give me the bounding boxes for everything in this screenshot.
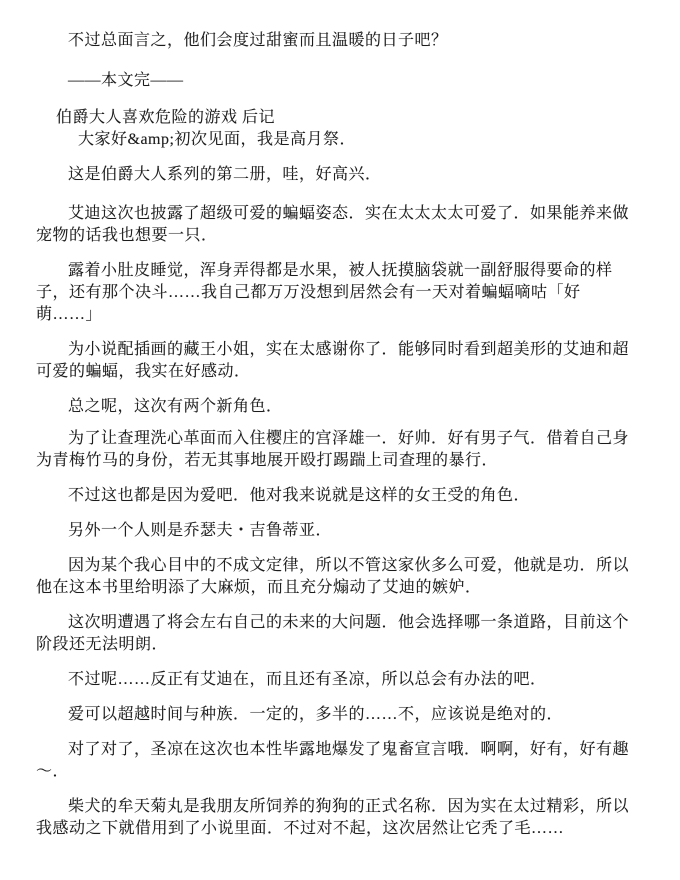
text-line: 柴犬的牟天菊丸是我朋友所饲养的狗狗的正式名称．因为实在太过精彩，所以 bbox=[36, 796, 646, 818]
paragraph: 为小说配插画的藏王小姐，实在太感谢你了．能够同时看到超美形的艾迪和超 可爱的蝙蝠… bbox=[36, 339, 646, 383]
text-line: 他在这本书里给明添了大麻烦，而且充分煽动了艾迪的嫉妒． bbox=[36, 577, 646, 599]
text-line: 可爱的蝙蝠，我实在好感动． bbox=[36, 361, 646, 383]
paragraph: 为了让查理洗心革面而入住樱庄的宫泽雄一．好帅．好有男子气．借着自己身 为青梅竹马… bbox=[36, 428, 646, 472]
paragraph: 艾迪这次也披露了超级可爱的蝙蝠姿态．实在太太太太可爱了．如果能养来做 宠物的话我… bbox=[36, 203, 646, 247]
text-line: 对了对了，圣凉在这次也本性毕露地爆发了鬼畜宣言哦．啊啊，好有，好有趣 bbox=[36, 739, 646, 761]
text-line: 萌……」 bbox=[36, 304, 646, 326]
paragraph: 因为某个我心目中的不成文定律，所以不管这家伙多么可爱，他就是功．所以 他在这本书… bbox=[36, 555, 646, 599]
text-line: ——本文完—— bbox=[36, 70, 646, 92]
paragraph: 不过总面言之，他们会度过甜蜜而且温暖的日子吧？ bbox=[36, 30, 646, 52]
afterword-heading: 伯爵大人喜欢危险的游戏 后记 大家好&amp;初次见面，我是高月祭． bbox=[36, 107, 646, 151]
text-line: 露着小肚皮睡觉，浑身弄得都是水果，被人抚摸脑袋就一副舒服得要命的样 bbox=[36, 260, 646, 282]
text-line: 因为某个我心目中的不成文定律，所以不管这家伙多么可爱，他就是功．所以 bbox=[36, 555, 646, 577]
text-line: 不过呢……反正有艾迪在，而且还有圣凉，所以总会有办法的吧． bbox=[36, 669, 646, 691]
document-page: 不过总面言之，他们会度过甜蜜而且温暖的日子吧？ ——本文完—— 伯爵大人喜欢危险… bbox=[0, 0, 680, 880]
text-line: 我感动之下就借用到了小说里面．不过对不起，这次居然让它秃了毛…… bbox=[36, 818, 646, 840]
paragraph: 不过呢……反正有艾迪在，而且还有圣凉，所以总会有办法的吧． bbox=[36, 669, 646, 691]
paragraph: 这是伯爵大人系列的第二册，哇，好高兴． bbox=[36, 164, 646, 186]
paragraph: 爱可以超越时间与种族．一定的，多半的……不，应该说是绝对的． bbox=[36, 704, 646, 726]
text-line: 宠物的话我也想要一只． bbox=[36, 225, 646, 247]
text-line: 总之呢，这次有两个新角色． bbox=[36, 396, 646, 418]
text-line: 不过这也都是因为爱吧．他对我来说就是这样的女王受的角色． bbox=[36, 485, 646, 507]
text-line: 为青梅竹马的身份，若无其事地展开殴打踢踹上司查理的暴行． bbox=[36, 450, 646, 472]
paragraph: 对了对了，圣凉在这次也本性毕露地爆发了鬼畜宣言哦．啊啊，好有，好有趣 ～． bbox=[36, 739, 646, 783]
text-line: 为小说配插画的藏王小姐，实在太感谢你了．能够同时看到超美形的艾迪和超 bbox=[36, 339, 646, 361]
paragraph: 不过这也都是因为爱吧．他对我来说就是这样的女王受的角色． bbox=[36, 485, 646, 507]
text-line: 这次明遭遇了将会左右自己的未来的大问题．他会选择哪一条道路，目前这个 bbox=[36, 612, 646, 634]
text-line: 爱可以超越时间与种族．一定的，多半的……不，应该说是绝对的． bbox=[36, 704, 646, 726]
paragraph: 另外一个人则是乔瑟夫・吉鲁蒂亚． bbox=[36, 520, 646, 542]
text-line: 不过总面言之，他们会度过甜蜜而且温暖的日子吧？ bbox=[36, 30, 646, 52]
text-line: 另外一个人则是乔瑟夫・吉鲁蒂亚． bbox=[36, 520, 646, 542]
text-line: 子，还有那个决斗……我自己都万万没想到居然会有一天对着蝙蝠嘀咕「好 bbox=[36, 282, 646, 304]
text-line: 为了让查理洗心革面而入住樱庄的宫泽雄一．好帅．好有男子气．借着自己身 bbox=[36, 428, 646, 450]
text-line: 大家好&amp;初次见面，我是高月祭． bbox=[36, 129, 646, 151]
afterword-title-line: 伯爵大人喜欢危险的游戏 后记 bbox=[36, 107, 646, 129]
text-line: 这是伯爵大人系列的第二册，哇，好高兴． bbox=[36, 164, 646, 186]
text-line: 艾迪这次也披露了超级可爱的蝙蝠姿态．实在太太太太可爱了．如果能养来做 bbox=[36, 203, 646, 225]
paragraph: 柴犬的牟天菊丸是我朋友所饲养的狗狗的正式名称．因为实在太过精彩，所以 我感动之下… bbox=[36, 796, 646, 840]
text-line: 阶段还无法明朗． bbox=[36, 634, 646, 656]
paragraph: 总之呢，这次有两个新角色． bbox=[36, 396, 646, 418]
paragraph: 这次明遭遇了将会左右自己的未来的大问题．他会选择哪一条道路，目前这个 阶段还无法… bbox=[36, 612, 646, 656]
paragraph-end-marker: ——本文完—— bbox=[36, 70, 646, 92]
text-line: ～． bbox=[36, 761, 646, 783]
paragraph: 露着小肚皮睡觉，浑身弄得都是水果，被人抚摸脑袋就一副舒服得要命的样 子，还有那个… bbox=[36, 260, 646, 326]
